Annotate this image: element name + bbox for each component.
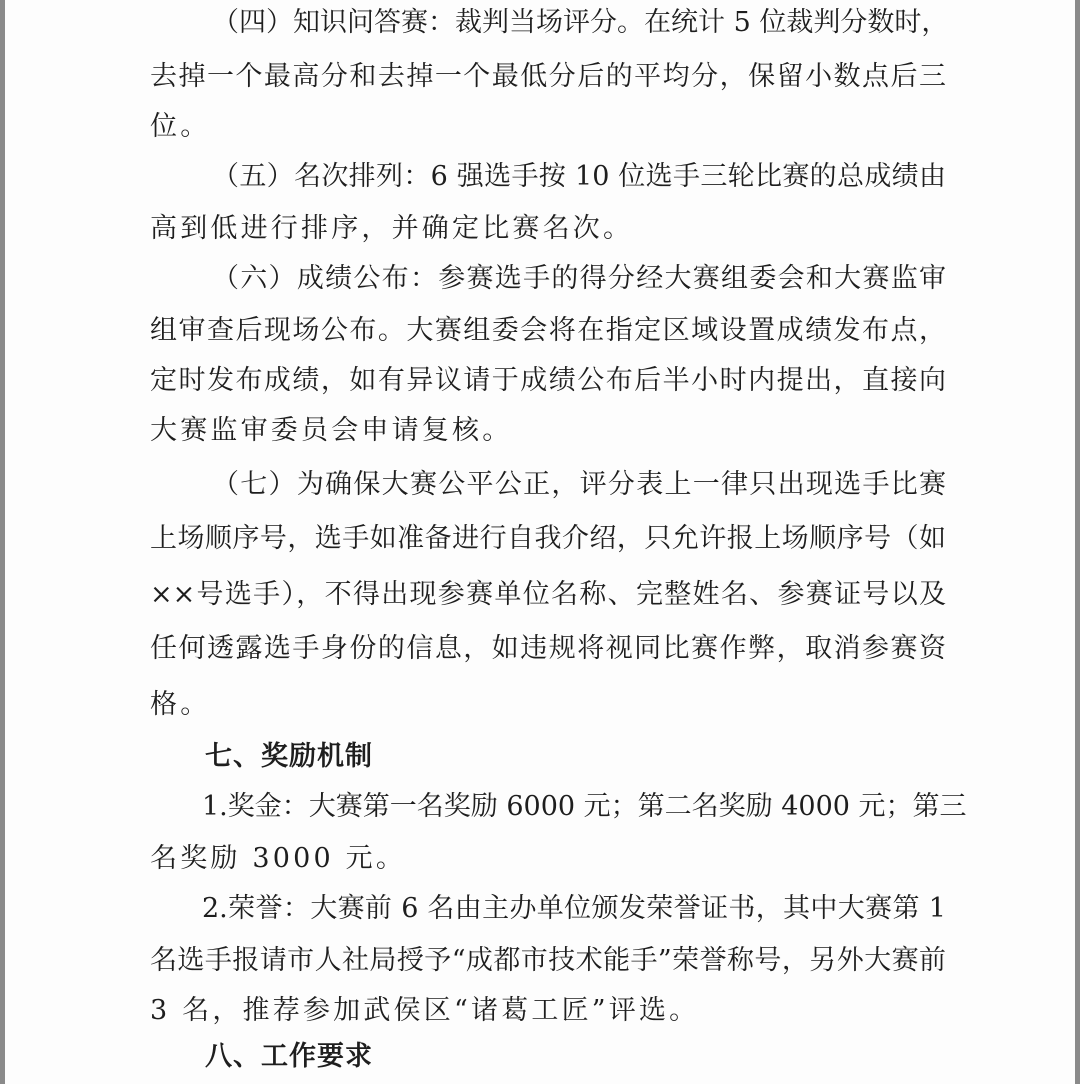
award-honor-line-1: 2.荣誉：大赛前 6 名由主办单位颁发荣誉证书，其中大赛第 1 — [202, 889, 946, 929]
section-heading-work-requirements: 八、工作要求 — [205, 1037, 373, 1077]
award-honor-line-3: 3 名，推荐参加武侯区“诸葛工匠”评选。 — [150, 991, 699, 1031]
paragraph-7-line-3: ××号选手），不得出现参赛单位名称、完整姓名、参赛证号以及 — [150, 575, 946, 615]
paragraph-5-line-1: （五）名次排列：6 强选手按 10 位选手三轮比赛的总成绩由 — [212, 157, 946, 197]
award-prize-line-1: 1.奖金：大赛第一名奖励 6000 元；第二名奖励 4000 元；第三 — [202, 787, 946, 827]
paragraph-4-line-3: 位。 — [150, 107, 210, 147]
paragraph-6-line-1: （六）成绩公布：参赛选手的得分经大赛组委会和大赛监审 — [212, 259, 946, 299]
paragraph-6-line-2: 组审查后现场公布。大赛组委会将在指定区域设置成绩发布点， — [150, 311, 946, 351]
paragraph-6-line-3: 定时发布成绩，如有异议请于成绩公布后半小时内提出，直接向 — [150, 361, 946, 401]
page-edge-left — [0, 0, 5, 1084]
section-heading-awards: 七、奖励机制 — [205, 737, 373, 777]
award-honor-line-2: 名选手报请市人社局授予“成都市技术能手”荣誉称号，另外大赛前 — [150, 941, 946, 981]
paragraph-7-line-4: 任何透露选手身份的信息，如违规将视同比赛作弊，取消参赛资 — [150, 629, 946, 669]
paragraph-7-line-1: （七）为确保大赛公平公正，评分表上一律只出现选手比赛 — [212, 465, 946, 505]
paragraph-6-line-4: 大赛监审委员会申请复核。 — [150, 411, 512, 451]
paragraph-5-line-2: 高到低进行排序，并确定比赛名次。 — [150, 209, 633, 249]
paragraph-7-line-2: 上场顺序号，选手如准备进行自我介绍，只允许报上场顺序号（如 — [150, 519, 946, 559]
paragraph-4-line-1: （四）知识问答赛：裁判当场评分。在统计 5 位裁判分数时， — [212, 3, 946, 43]
paragraph-7-line-5: 格。 — [150, 685, 210, 725]
page-edge-right — [1075, 0, 1080, 1084]
award-prize-line-2: 名奖励 3000 元。 — [150, 839, 406, 879]
paragraph-4-line-2: 去掉一个最高分和去掉一个最低分后的平均分，保留小数点后三 — [150, 57, 946, 97]
